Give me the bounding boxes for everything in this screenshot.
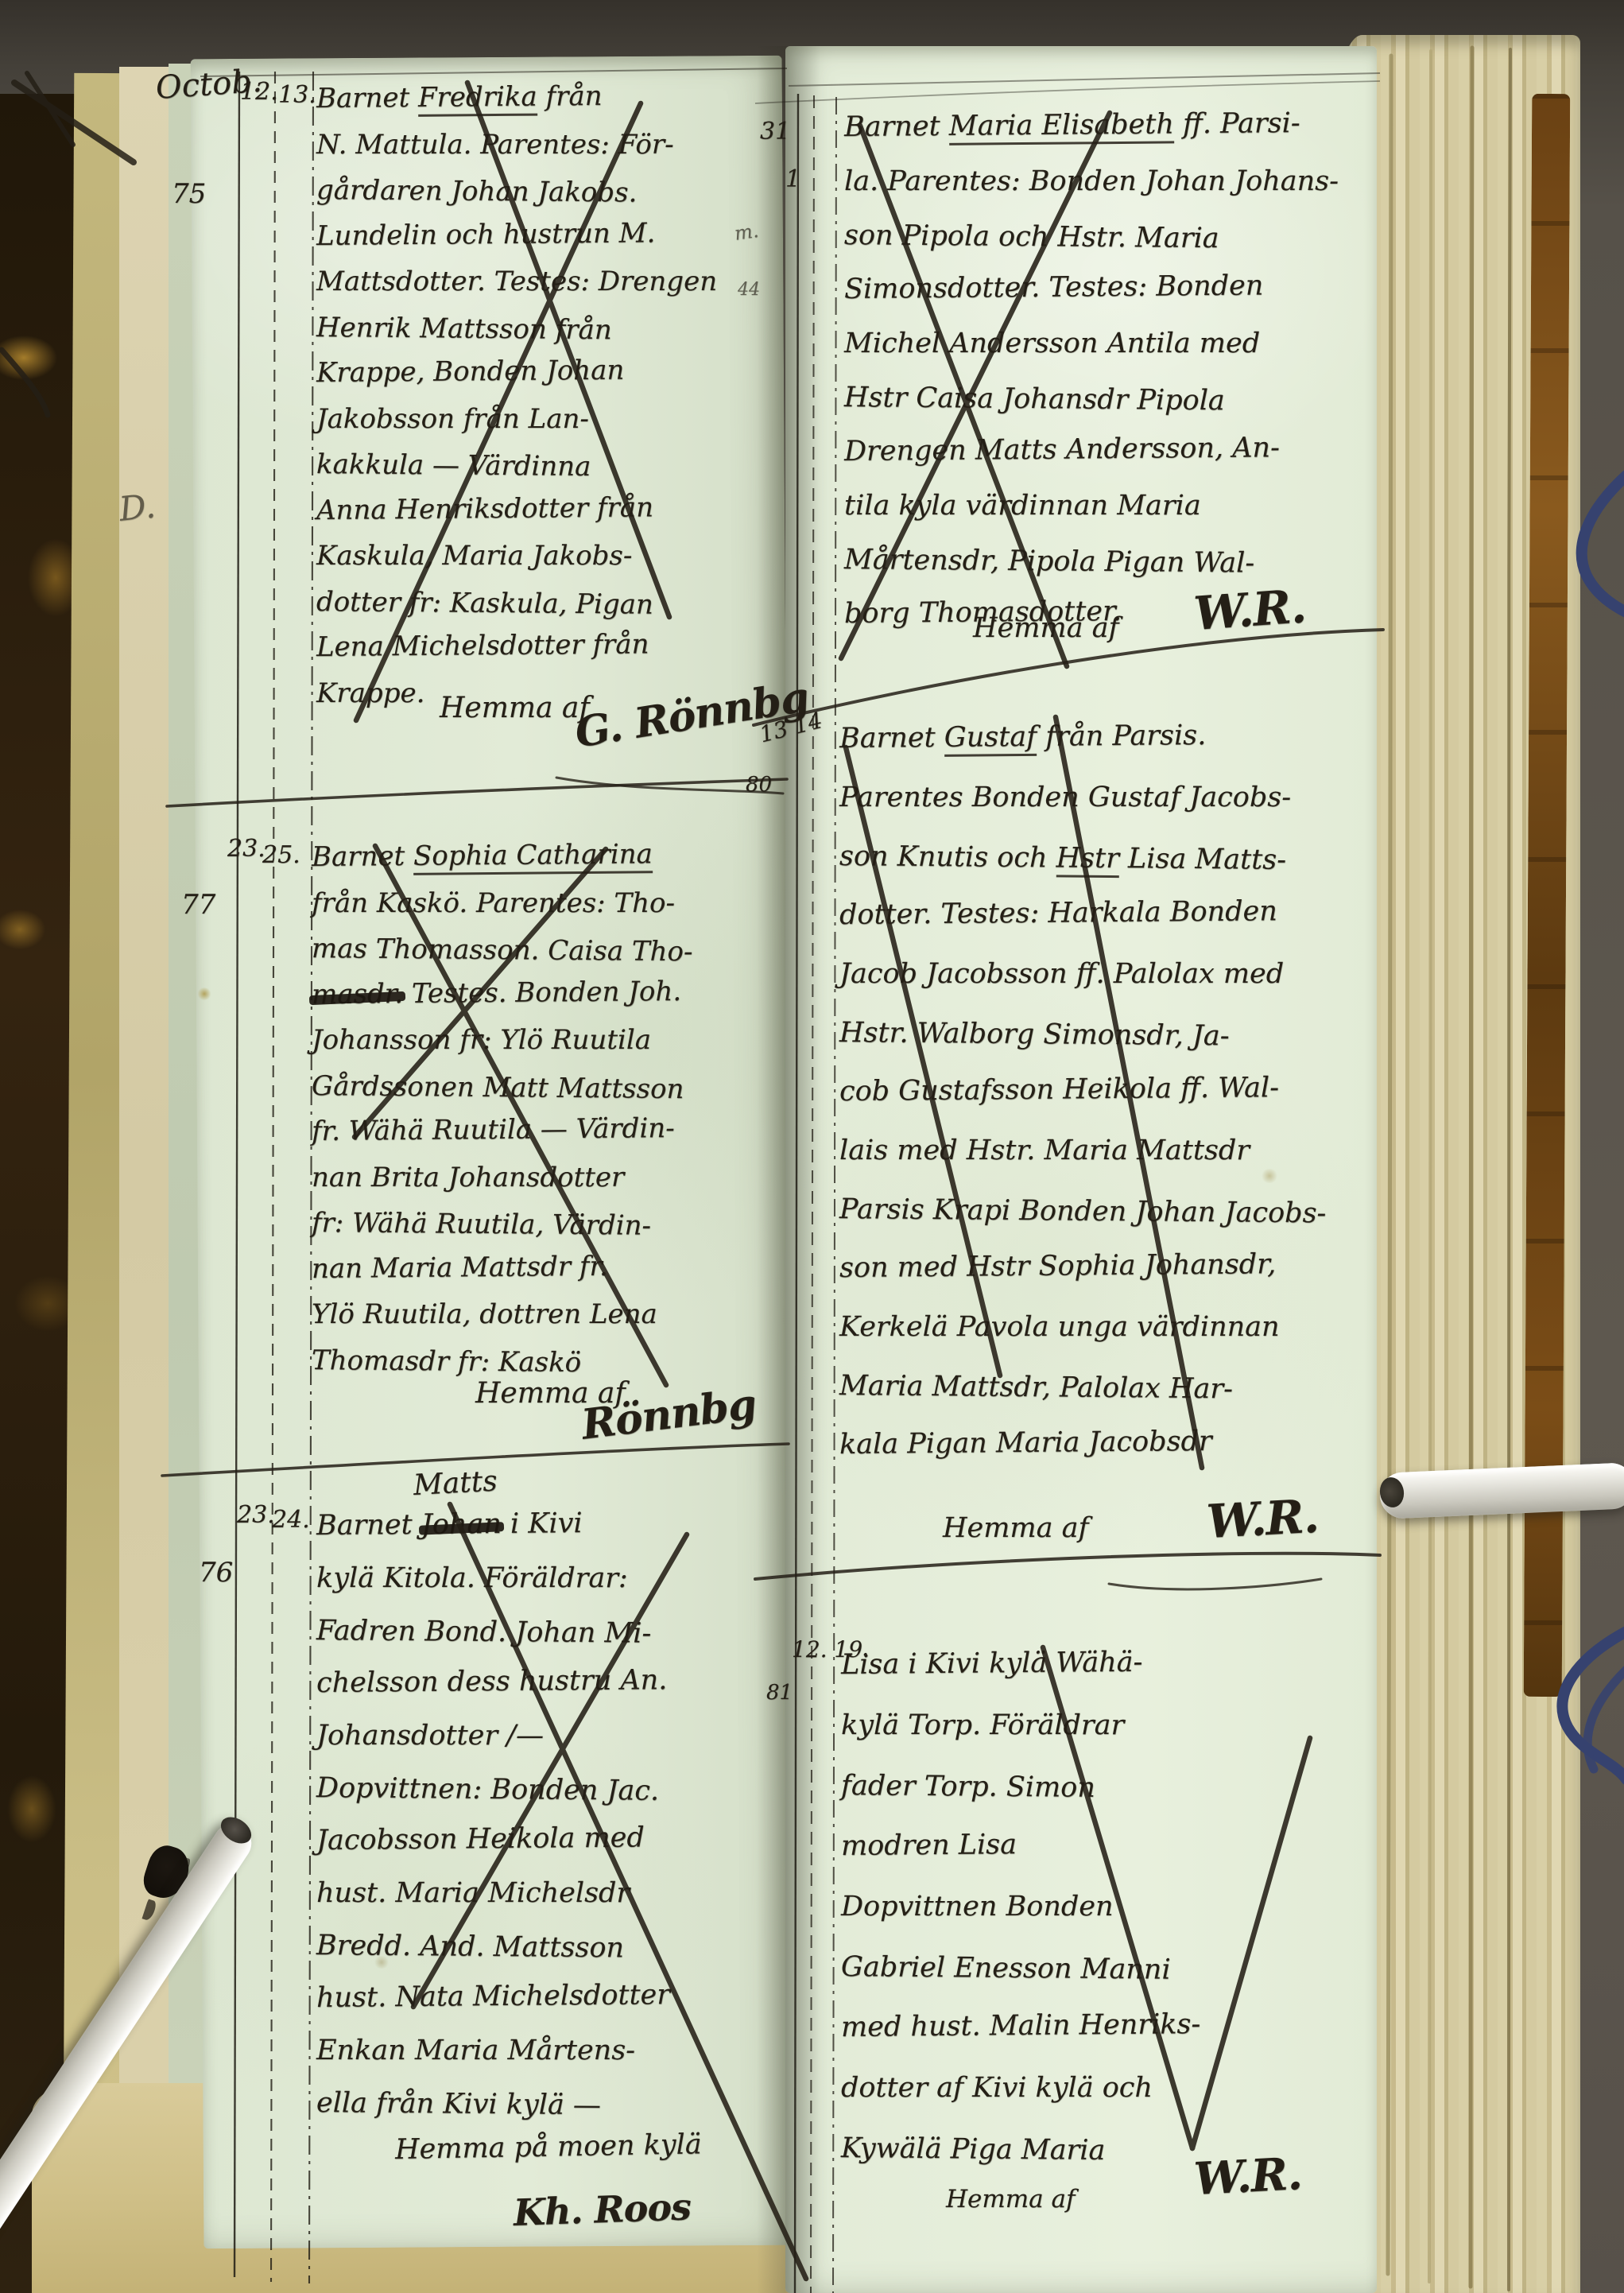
entry-line: Hstr. Walborg Simonsdr, Ja-: [839, 1003, 1327, 1066]
text: kylä Kitola. Föräldrar:: [316, 1562, 628, 1594]
text: Anna Henriksdotter från: [316, 491, 653, 526]
photo-of-open-register-book: Octob. 12. 13. 75 23. 25. 77 23. 24. 76 …: [0, 0, 1624, 2293]
text: son med Hstr Sophia Johansdr,: [839, 1248, 1276, 1284]
entry-line: tila kyla värdinnan Maria: [844, 479, 1339, 533]
text: fr: Wähä Ruutila, Värdin-: [312, 1207, 651, 1242]
text: ella från Kivi kylä —: [316, 2087, 601, 2121]
entry-line: modren Lisa: [841, 1813, 1201, 1876]
underlined-name: Maria Elisabeth: [949, 108, 1174, 145]
text: hust. Nata Michelsdotter: [316, 1979, 670, 2014]
entry-line: la. Parentes: Bonden Johan Johans-: [844, 154, 1339, 208]
text: Maria Mattsdr, Palolax Har-: [839, 1370, 1233, 1405]
book-gutter-shadow: [757, 46, 820, 2293]
register-entry: Barnet Johan i Kivikylä Kitola. Föräldra…: [316, 1500, 670, 2129]
entry-line: Lena Michelsdotter från: [316, 622, 718, 671]
register-entry: Barnet Gustaf från Parsis.Parentes Bonde…: [839, 709, 1326, 1474]
text: med hust. Malin Henriks-: [841, 2008, 1201, 2043]
text: Mårtensdr, Pipola Pigan Wal-: [844, 544, 1255, 580]
text: lais med Hstr. Maria Mattsdr: [839, 1135, 1250, 1166]
entry-line: gårdaren Johan Jakobs.: [316, 168, 718, 217]
entry-line: son Knutis och Hstr Lisa Matts-: [839, 827, 1327, 890]
entry-line: Barnet Gustaf från Parsis.: [839, 705, 1327, 768]
text: Enkan Maria Mårtens-: [316, 2035, 635, 2066]
text: kakkula — Värdinna: [316, 448, 591, 483]
text: hust. Maria Michelsdr: [316, 1877, 630, 1909]
register-entry: Lisa i Kivi kylä Wähä-kylä Torp. Föräldr…: [841, 1635, 1200, 2179]
text: gårdaren Johan Jakobs.: [316, 174, 638, 209]
entry-date: 25.: [262, 841, 300, 869]
text: Kywälä Piga Maria: [841, 2132, 1106, 2167]
entry-line: Bredd. And. Mattsson: [316, 1919, 671, 1975]
entry-line: mas Thomasson. Caisa Tho-: [312, 926, 693, 976]
text: Barnet: [312, 840, 413, 873]
closing-phrase: Hemma af: [943, 1512, 1088, 1544]
entry-number: 75: [172, 178, 206, 210]
text: Barnet: [316, 82, 418, 114]
text: från: [537, 80, 603, 113]
clergy-signature: W.R.: [1192, 2148, 1303, 2206]
entry-date: 24.: [272, 1506, 310, 1534]
text: Henrik Mattsson från: [316, 312, 612, 346]
entry-line: Lisa i Kivi kylä Wähä-: [841, 1631, 1201, 1695]
text: fr. Wähä Ruutila — Värdin-: [312, 1112, 675, 1147]
text: Jacobsson Heikola med: [316, 1822, 645, 1857]
entry-line: Drengen Matts Andersson, An-: [844, 421, 1339, 479]
entry-line: Kerkelä Pavola unga värdinnan: [839, 1298, 1326, 1356]
edge-text-fragment: 44: [738, 280, 760, 300]
text: Lundelin och hustrun M.: [316, 217, 656, 252]
text: Mattsdotter. Testes: Drengen: [316, 266, 717, 297]
closing-phrase: Hemma af: [946, 2185, 1075, 2213]
text: modren Lisa: [841, 1829, 1017, 1862]
entry-line: ella från Kivi kylä —: [316, 2077, 671, 2132]
text: kala Pigan Maria Jacobsdr: [839, 1426, 1212, 1461]
entry-number: 76: [199, 1557, 233, 1589]
text: N. Mattula. Parentes: För-: [316, 129, 674, 161]
text: Barnet: [844, 111, 949, 143]
entry-line: nan Brita Johansdotter: [312, 1155, 692, 1201]
text: dotter af Kivi kylä och: [841, 2072, 1153, 2104]
entry-line: Gårdssonen Matt Mattsson: [312, 1064, 693, 1113]
underlined-name: Fredrika: [418, 81, 537, 117]
entry-number: 80: [746, 773, 772, 797]
clergy-signature: W.R.: [1192, 579, 1308, 641]
text: son Knutis och: [839, 840, 1056, 874]
entry-line: kylä Torp. Föräldrar: [841, 1695, 1200, 1756]
struck-word: masdr.: [312, 977, 403, 1010]
entry-line: Johansson fr: Ylö Ruutila: [312, 1018, 692, 1064]
entry-line: Ylö Ruutila, dottren Lena: [312, 1292, 692, 1338]
text: Fadren Bond. Johan Mi-: [316, 1615, 652, 1650]
edge-text-fragment: D.: [117, 486, 157, 528]
entry-line: Kywälä Piga Maria: [841, 2118, 1201, 2182]
text: Gårdssonen Matt Mattsson: [312, 1070, 684, 1105]
closing-phrase: Hemma af: [973, 612, 1118, 644]
entry-line: Maria Mattsdr, Palolax Har-: [839, 1356, 1327, 1419]
text: fader Torp. Simon: [841, 1770, 1095, 1804]
text: Gabriel Enesson Manni: [841, 1951, 1171, 1986]
register-entry: Barnet Sophia Catharinafrån Kaskö. Paren…: [312, 835, 692, 1383]
text: dotter fr: Kaskula, Pigan: [316, 586, 653, 621]
text: Lisa i Kivi kylä Wähä-: [841, 1647, 1143, 1681]
text: la. Parentes: Bonden Johan Johans-: [844, 165, 1339, 197]
underlined-name: Hstr: [1056, 842, 1119, 878]
entry-line: Jakobsson från Lan-: [316, 397, 717, 443]
entry-number: 77: [181, 889, 215, 921]
entry-line: Anna Henriksdotter från: [316, 484, 718, 533]
text: Krappe, Bonden Johan: [316, 355, 625, 389]
entry-line: Johansdotter /—: [316, 1709, 670, 1762]
entry-line: Michel Andersson Antila med: [844, 316, 1339, 371]
entry-line: Barnet Johan i Kivi: [316, 1496, 671, 1552]
entry-line: Dopvittnen Bonden: [841, 1876, 1200, 1937]
entry-line: Simonsdotter. Testes: Bonden: [844, 258, 1339, 316]
text: Johansdotter /—: [316, 1720, 544, 1752]
entry-line: dotter fr: Kaskula, Pigan: [316, 580, 718, 629]
entry-line: dotter af Kivi kylä och: [841, 2058, 1200, 2118]
struck-word: Johan: [421, 1508, 502, 1541]
text: Ylö Ruutila, dottren Lena: [312, 1298, 657, 1330]
entry-line: masdr. Testes. Bonden Joh.: [312, 968, 693, 1018]
entry-date: 12.: [240, 78, 278, 106]
text: Thomasdr fr: Kaskö: [312, 1344, 581, 1379]
text: Kaskula, Maria Jakobs-: [316, 540, 632, 572]
entry-line: N. Mattula. Parentes: För-: [316, 122, 717, 169]
entry-line: Parsis Krapi Bonden Johan Jacobs-: [839, 1180, 1327, 1243]
text: Simonsdotter. Testes: Bonden: [844, 270, 1264, 305]
entry-line: Fadren Bond. Johan Mi-: [316, 1604, 671, 1660]
text: Kerkelä Pavola unga värdinnan: [839, 1311, 1280, 1343]
text: från Kaskö. Parentes: Tho-: [312, 887, 675, 919]
text: mas Thomasson. Caisa Tho-: [312, 933, 693, 968]
text: Krappe.: [316, 677, 424, 709]
inserted-name: Matts: [413, 1465, 498, 1501]
underlined-name: Gustaf: [944, 721, 1037, 757]
text: nan Brita Johansdotter: [312, 1162, 624, 1193]
text: Parentes Bonden Gustaf Jacobs-: [839, 782, 1291, 813]
clergy-signature: Kh. Roos: [513, 2185, 692, 2234]
entry-line: cob Gustafsson Heikola ff. Wal-: [839, 1058, 1327, 1121]
text: Lena Michelsdotter från: [316, 628, 649, 663]
entry-line: fr. Wähä Ruutila — Värdin-: [312, 1106, 693, 1155]
foxing-spot: [197, 987, 211, 1000]
entry-line: Lundelin och hustrun M.: [316, 210, 718, 259]
register-entry: Barnet Fredrika frånN. Mattula. Parentes…: [316, 76, 717, 716]
text: Johansson fr: Ylö Ruutila: [312, 1024, 651, 1056]
entry-date: 13.: [278, 81, 316, 109]
text: tila kyla värdinnan Maria: [844, 490, 1201, 522]
underlined-name: Sophia Catharina: [413, 838, 653, 875]
text: nan Maria Mattsdr fr.: [312, 1250, 608, 1284]
text: Hstr Caisa Johansdr Pipola: [844, 382, 1225, 417]
entry-line: kakkula — Värdinna: [316, 442, 718, 491]
entry-line: Parentes Bonden Gustaf Jacobs-: [839, 768, 1326, 827]
entry-line: Barnet Maria Elisabeth ff. Parsi-: [844, 96, 1339, 154]
entry-line: Barnet Sophia Catharina: [312, 832, 693, 881]
entry-line: hust. Maria Michelsdr: [316, 1867, 670, 1919]
text: Hstr. Walborg Simonsdr, Ja-: [839, 1017, 1230, 1052]
entry-line: Dopvittnen: Bonden Jac.: [316, 1762, 671, 1818]
entry-line: son med Hstr Sophia Johansdr,: [839, 1235, 1327, 1298]
entry-line: Gabriel Enesson Manni: [841, 1937, 1201, 2000]
register-entry: Barnet Maria Elisabeth ff. Parsi-la. Par…: [844, 100, 1339, 641]
entry-line: kylä Kitola. Föräldrar:: [316, 1552, 670, 1604]
text: Dopvittnen: Bonden Jac.: [316, 1772, 659, 1807]
text: dotter. Testes: Harkala Bonden: [839, 895, 1277, 931]
text: Jacob Jacobsson ff. Palolax med: [839, 958, 1284, 990]
entry-line: Krappe, Bonden Johan: [316, 347, 718, 397]
text: Parsis Krapi Bonden Johan Jacobs-: [839, 1193, 1327, 1229]
entry-line: Mattsdotter. Testes: Drengen: [316, 259, 717, 305]
text: Drengen Matts Andersson, An-: [844, 432, 1280, 468]
text: Jakobsson från Lan-: [316, 403, 589, 435]
clergy-signature: W.R.: [1205, 1489, 1320, 1549]
entry-date: 23.: [237, 1501, 275, 1529]
entry-line: chelsson dess hustru An.: [316, 1654, 671, 1709]
entry-line: Henrik Mattsson från: [316, 305, 718, 355]
text: Bredd. And. Mattsson: [316, 1930, 624, 1964]
text: i Kivi: [502, 1507, 583, 1540]
text: Michel Andersson Antila med: [844, 328, 1260, 359]
text: chelsson dess hustru An.: [316, 1664, 668, 1699]
closing-phrase: Hemma af: [440, 692, 590, 724]
entry-line: fr: Wähä Ruutila, Värdin-: [312, 1201, 693, 1250]
text: ff. Parsi-: [1174, 107, 1300, 140]
text: Lisa Matts-: [1119, 843, 1286, 876]
text: Dopvittnen Bonden: [841, 1891, 1114, 1922]
text: cob Gustafsson Heikola ff. Wal-: [839, 1072, 1279, 1108]
entry-line: Enkan Maria Mårtens-: [316, 2024, 670, 2077]
entry-line: nan Maria Mattsdr fr.: [312, 1243, 693, 1292]
text: Barnet: [839, 722, 944, 755]
entry-line: Barnet Fredrika från: [316, 73, 718, 122]
entry-line: Jacobsson Heikola med: [316, 1811, 671, 1867]
entry-line: med hust. Malin Henriks-: [841, 1994, 1201, 2058]
entry-line: från Kaskö. Parentes: Tho-: [312, 881, 692, 927]
entry-line: Kaskula, Maria Jakobs-: [316, 533, 717, 580]
entry-line: fader Torp. Simon: [841, 1756, 1201, 1819]
text: son Pipola och Hstr. Maria: [844, 219, 1219, 254]
entry-line: hust. Nata Michelsdotter: [316, 1969, 671, 2024]
entry-date: 31: [760, 118, 790, 145]
text: Barnet: [316, 1509, 421, 1542]
text: kylä Torp. Föräldrar: [841, 1709, 1124, 1741]
closing-phrase: Hemma på moen kylä: [395, 2128, 702, 2166]
entry-line: kala Pigan Maria Jacobsdr: [839, 1411, 1327, 1474]
edge-text-fragment: m.: [733, 219, 760, 245]
entry-date: 1: [785, 165, 800, 193]
entry-number: 81: [766, 1681, 793, 1705]
text: från Parsis.: [1037, 720, 1207, 753]
entry-line: lais med Hstr. Maria Mattsdr: [839, 1121, 1326, 1180]
entry-line: Jacob Jacobsson ff. Palolax med: [839, 945, 1326, 1003]
entry-date: 23.: [227, 835, 265, 863]
text: Testes. Bonden Joh.: [403, 975, 681, 1009]
entry-line: dotter. Testes: Harkala Bonden: [839, 882, 1327, 945]
